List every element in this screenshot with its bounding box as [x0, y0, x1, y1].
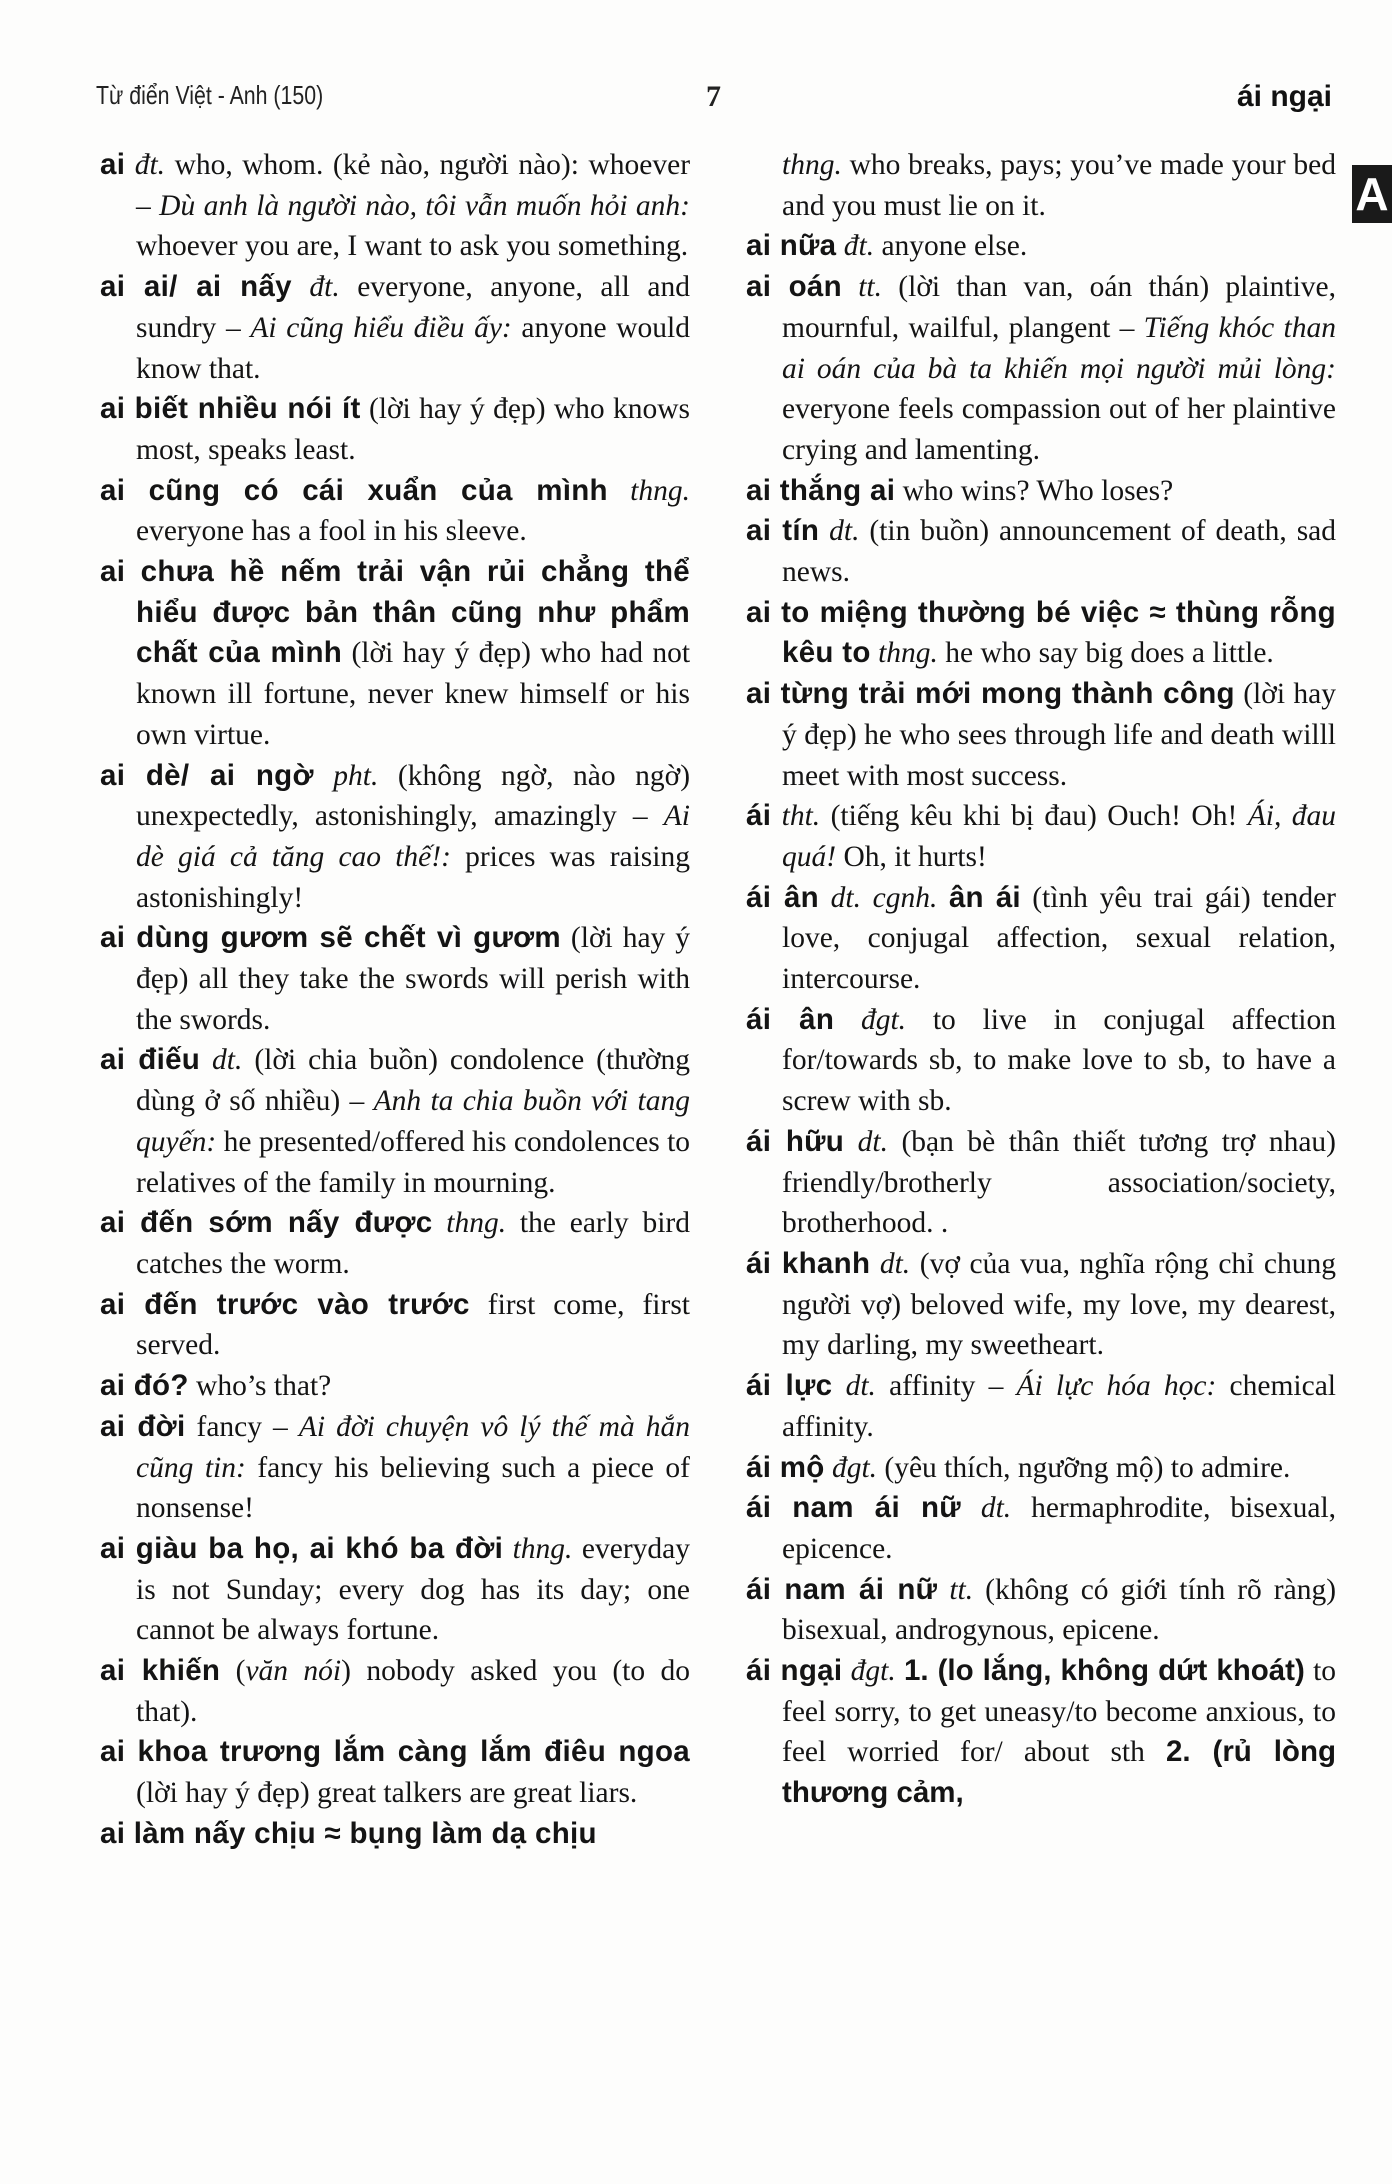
headword: ái mộ [746, 1451, 825, 1484]
part-of-speech: đgt. [861, 1004, 906, 1036]
headword: ái ân [746, 881, 819, 914]
part-of-speech: thng. [782, 149, 842, 181]
definition: (yêu thích, ngưỡng mộ) to admire. [884, 1452, 1290, 1484]
part-of-speech: đgt. [851, 1655, 896, 1687]
left-column: ai đt. who, whom. (kẻ nào, người nào): w… [100, 145, 690, 1855]
definition-continued: whoever you are, I want to ask you somet… [136, 230, 688, 262]
dictionary-entry: ai biết nhiều nói ít (lời hay ý đẹp) who… [100, 389, 690, 470]
dictionary-entry: ai chưa hề nếm trải vận rủi chẳng thể hi… [100, 552, 690, 756]
dictionary-entry: ái ngại đgt. 1. (lo lắng, không dứt khoá… [746, 1651, 1336, 1814]
part-of-speech: thng. [630, 475, 690, 507]
headword: ai điếu [100, 1043, 200, 1076]
dictionary-entry: ái hữu dt. (bạn bè thân thiết tương trợ … [746, 1122, 1336, 1244]
dictionary-entry: ai thắng ai who wins? Who loses? [746, 471, 1336, 512]
headword: ai giàu ba họ, ai khó ba đời [100, 1532, 503, 1565]
running-header-title: Từ điển Việt - Anh (150) [96, 80, 323, 111]
letter-thumb-tab: A [1352, 165, 1392, 223]
dictionary-entry: ai đó? who’s that? [100, 1366, 690, 1407]
headword: ai nữa [746, 229, 836, 262]
dictionary-entry: ai từng trải mới mong thành công (lời ha… [746, 674, 1336, 796]
headword: ai đó? [100, 1369, 189, 1402]
definition: (tin buồn) announcement of death, sad ne… [782, 515, 1336, 588]
running-header-guideword: ái ngại [1237, 80, 1332, 114]
dictionary-entry: ai oán tt. (lời than van, oán thán) plai… [746, 267, 1336, 471]
part-of-speech: dt. [981, 1492, 1011, 1524]
bold-sense: ân ái [949, 881, 1021, 914]
dictionary-entry: ái nam ái nữ tt. (không có giới tính rõ … [746, 1570, 1336, 1651]
part-of-speech: dt. [846, 1370, 876, 1402]
example-phrase: Ái lực hóa học: [1017, 1370, 1217, 1402]
part-of-speech: thng. [513, 1533, 573, 1565]
example-phrase: Ai cũng hiểu điều ấy: [250, 312, 511, 344]
part-of-speech: đt. [135, 149, 165, 181]
dictionary-entry: ai đt. who, whom. (kẻ nào, người nào): w… [100, 145, 690, 267]
definition-continued: Oh, it hurts! [836, 841, 987, 873]
dictionary-entry: ái ân đgt. to live in conjugal affection… [746, 1000, 1336, 1122]
dictionary-entry: ai dùng gươm sẽ chết vì gươm (lời hay ý … [100, 918, 690, 1040]
definition: who wins? Who loses? [903, 475, 1174, 507]
dictionary-entry: ái mộ đgt. (yêu thích, ngưỡng mộ) to adm… [746, 1448, 1336, 1489]
example-phrase: văn nói [245, 1655, 341, 1687]
definition: ( [236, 1655, 246, 1687]
headword: ai đến trước vào trước [100, 1288, 470, 1321]
dictionary-entry: ai to miệng thường bé việc ≈ thùng rỗng … [746, 593, 1336, 674]
headword: ái ngại [746, 1654, 842, 1687]
headword: ai biết nhiều nói ít [100, 392, 361, 425]
definition: affinity – [889, 1370, 1016, 1402]
dictionary-entry: ai cũng có cái xuẩn của mình thng. every… [100, 471, 690, 552]
dictionary-entry: ái lực dt. affinity – Ái lực hóa học: ch… [746, 1366, 1336, 1447]
headword: ai dùng gươm sẽ chết vì gươm [100, 921, 561, 954]
part-of-speech: thng. [878, 637, 938, 669]
page-number: 7 [706, 80, 721, 114]
part-of-speech: đt. [309, 271, 339, 303]
dictionary-entry: ái ân dt. cgnh. ân ái (tình yêu trai gái… [746, 878, 1336, 1000]
part-of-speech: tt. [949, 1574, 973, 1606]
dictionary-entry: ai làm nấy chịu ≈ bụng làm dạ chịu [100, 1814, 690, 1855]
bold-sense: 1. (lo lắng, không dứt khoát) [904, 1654, 1305, 1687]
dictionary-entry: ai khiến (văn nói) nobody asked you (to … [100, 1651, 690, 1732]
headword: ái nam ái nữ [746, 1491, 961, 1524]
part-of-speech: dt. [880, 1248, 910, 1280]
headword: ái nam ái nữ [746, 1573, 937, 1606]
dictionary-entry: ai tín dt. (tin buồn) announcement of de… [746, 511, 1336, 592]
dictionary-entry: ai đến sớm nấy được thng. the early bird… [100, 1203, 690, 1284]
dictionary-entry: ai điếu dt. (lời chia buồn) condolence (… [100, 1040, 690, 1203]
headword: ái khanh [746, 1247, 870, 1280]
dictionary-entry: ai dè/ ai ngờ pht. (không ngờ, nào ngờ) … [100, 756, 690, 919]
definition: (tiếng kêu khi bị đau) Ouch! Oh! [831, 800, 1248, 832]
part-of-speech: dt. cgnh. [831, 882, 938, 914]
part-of-speech: đgt. [832, 1452, 877, 1484]
headword: ai thắng ai [746, 474, 895, 507]
headword: ái lực [746, 1369, 832, 1402]
dictionary-page: Từ điển Việt - Anh (150) 7 ái ngại A ai … [0, 0, 1392, 2184]
definition: anyone else. [881, 230, 1027, 262]
headword: ái hữu [746, 1125, 844, 1158]
definition-continued: everyone feels compassion out of her pla… [782, 393, 1336, 466]
definition-continued: he presented/offered his condolences to … [136, 1126, 690, 1199]
dictionary-entry: ái tht. (tiếng kêu khi bị đau) Ouch! Oh!… [746, 796, 1336, 877]
headword: ai đời [100, 1410, 185, 1443]
part-of-speech: dt. [829, 515, 859, 547]
definition: fancy – [197, 1411, 299, 1443]
part-of-speech: dt. [212, 1044, 242, 1076]
headword: ai đến sớm nấy được [100, 1206, 432, 1239]
headword: ai ai/ ai nấy [100, 270, 292, 303]
dictionary-entry: ái nam ái nữ dt. hermaphrodite, bisexual… [746, 1488, 1336, 1569]
definition: (lời hay ý đẹp) great talkers are great … [136, 1777, 637, 1809]
right-column: thng. who breaks, pays; you’ve made your… [746, 145, 1336, 1814]
dictionary-entry: ai đời fancy – Ai đời chuyện vô lý thế m… [100, 1407, 690, 1529]
headword: ái [746, 799, 771, 832]
headword: ai cũng có cái xuẩn của mình [100, 474, 608, 507]
dictionary-entry: ai đến trước vào trước first come, first… [100, 1285, 690, 1366]
definition: he who say big does a little. [945, 637, 1274, 669]
headword: ai oán [746, 270, 842, 303]
part-of-speech: tht. [782, 800, 821, 832]
part-of-speech: pht. [333, 760, 378, 792]
definition: who’s that? [196, 1370, 331, 1402]
headword: ai [100, 148, 125, 181]
definition-continued: ) nobody asked you (to do that). [136, 1655, 690, 1728]
definition: everyone has a fool in his sleeve. [136, 515, 527, 547]
example-phrase: Dù anh là người nào, tôi vẫn muốn hỏi an… [159, 190, 690, 222]
part-of-speech: thng. [446, 1207, 506, 1239]
part-of-speech: đt. [844, 230, 874, 262]
headword: ai dè/ ai ngờ [100, 759, 314, 792]
headword: ai làm nấy chịu ≈ bụng làm dạ chịu [100, 1817, 597, 1850]
definition: who breaks, pays; you’ve made your bed a… [782, 149, 1336, 222]
headword: ai từng trải mới mong thành công [746, 677, 1235, 710]
dictionary-entry: ai nữa đt. anyone else. [746, 226, 1336, 267]
part-of-speech: tt. [858, 271, 882, 303]
dictionary-entry: ai ai/ ai nấy đt. everyone, anyone, all … [100, 267, 690, 389]
dictionary-entry: ái khanh dt. (vợ của vua, nghĩa rộng chỉ… [746, 1244, 1336, 1366]
headword: ai tín [746, 514, 819, 547]
headword: ái ân [746, 1003, 834, 1036]
part-of-speech: dt. [858, 1126, 888, 1158]
dictionary-entry: ai khoa trương lắm càng lắm điêu ngoa (l… [100, 1732, 690, 1813]
continued-entry: thng. who breaks, pays; you’ve made your… [746, 145, 1336, 226]
dictionary-entry: ai giàu ba họ, ai khó ba đời thng. every… [100, 1529, 690, 1651]
headword: ai khoa trương lắm càng lắm điêu ngoa [100, 1735, 690, 1768]
headword: ai khiến [100, 1654, 220, 1687]
